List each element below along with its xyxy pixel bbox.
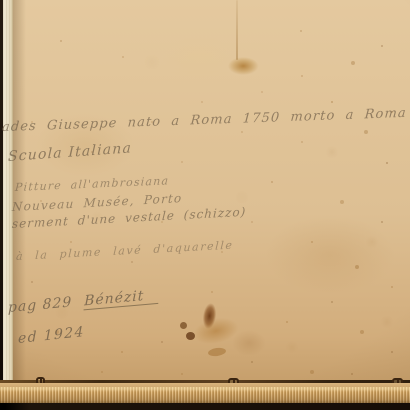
fingerprint-smudge	[232, 330, 266, 356]
photo-bottom-dark-edge	[0, 403, 410, 410]
soft-foxing-blotches	[0, 0, 4, 4]
drip-stain-line	[236, 0, 238, 60]
stain-dot	[180, 322, 187, 329]
stain-dot	[186, 332, 195, 340]
woven-binding-strip	[0, 387, 410, 403]
photo-of-document-verso: ades Giuseppe nato a Roma 1750 morto a R…	[0, 0, 410, 410]
